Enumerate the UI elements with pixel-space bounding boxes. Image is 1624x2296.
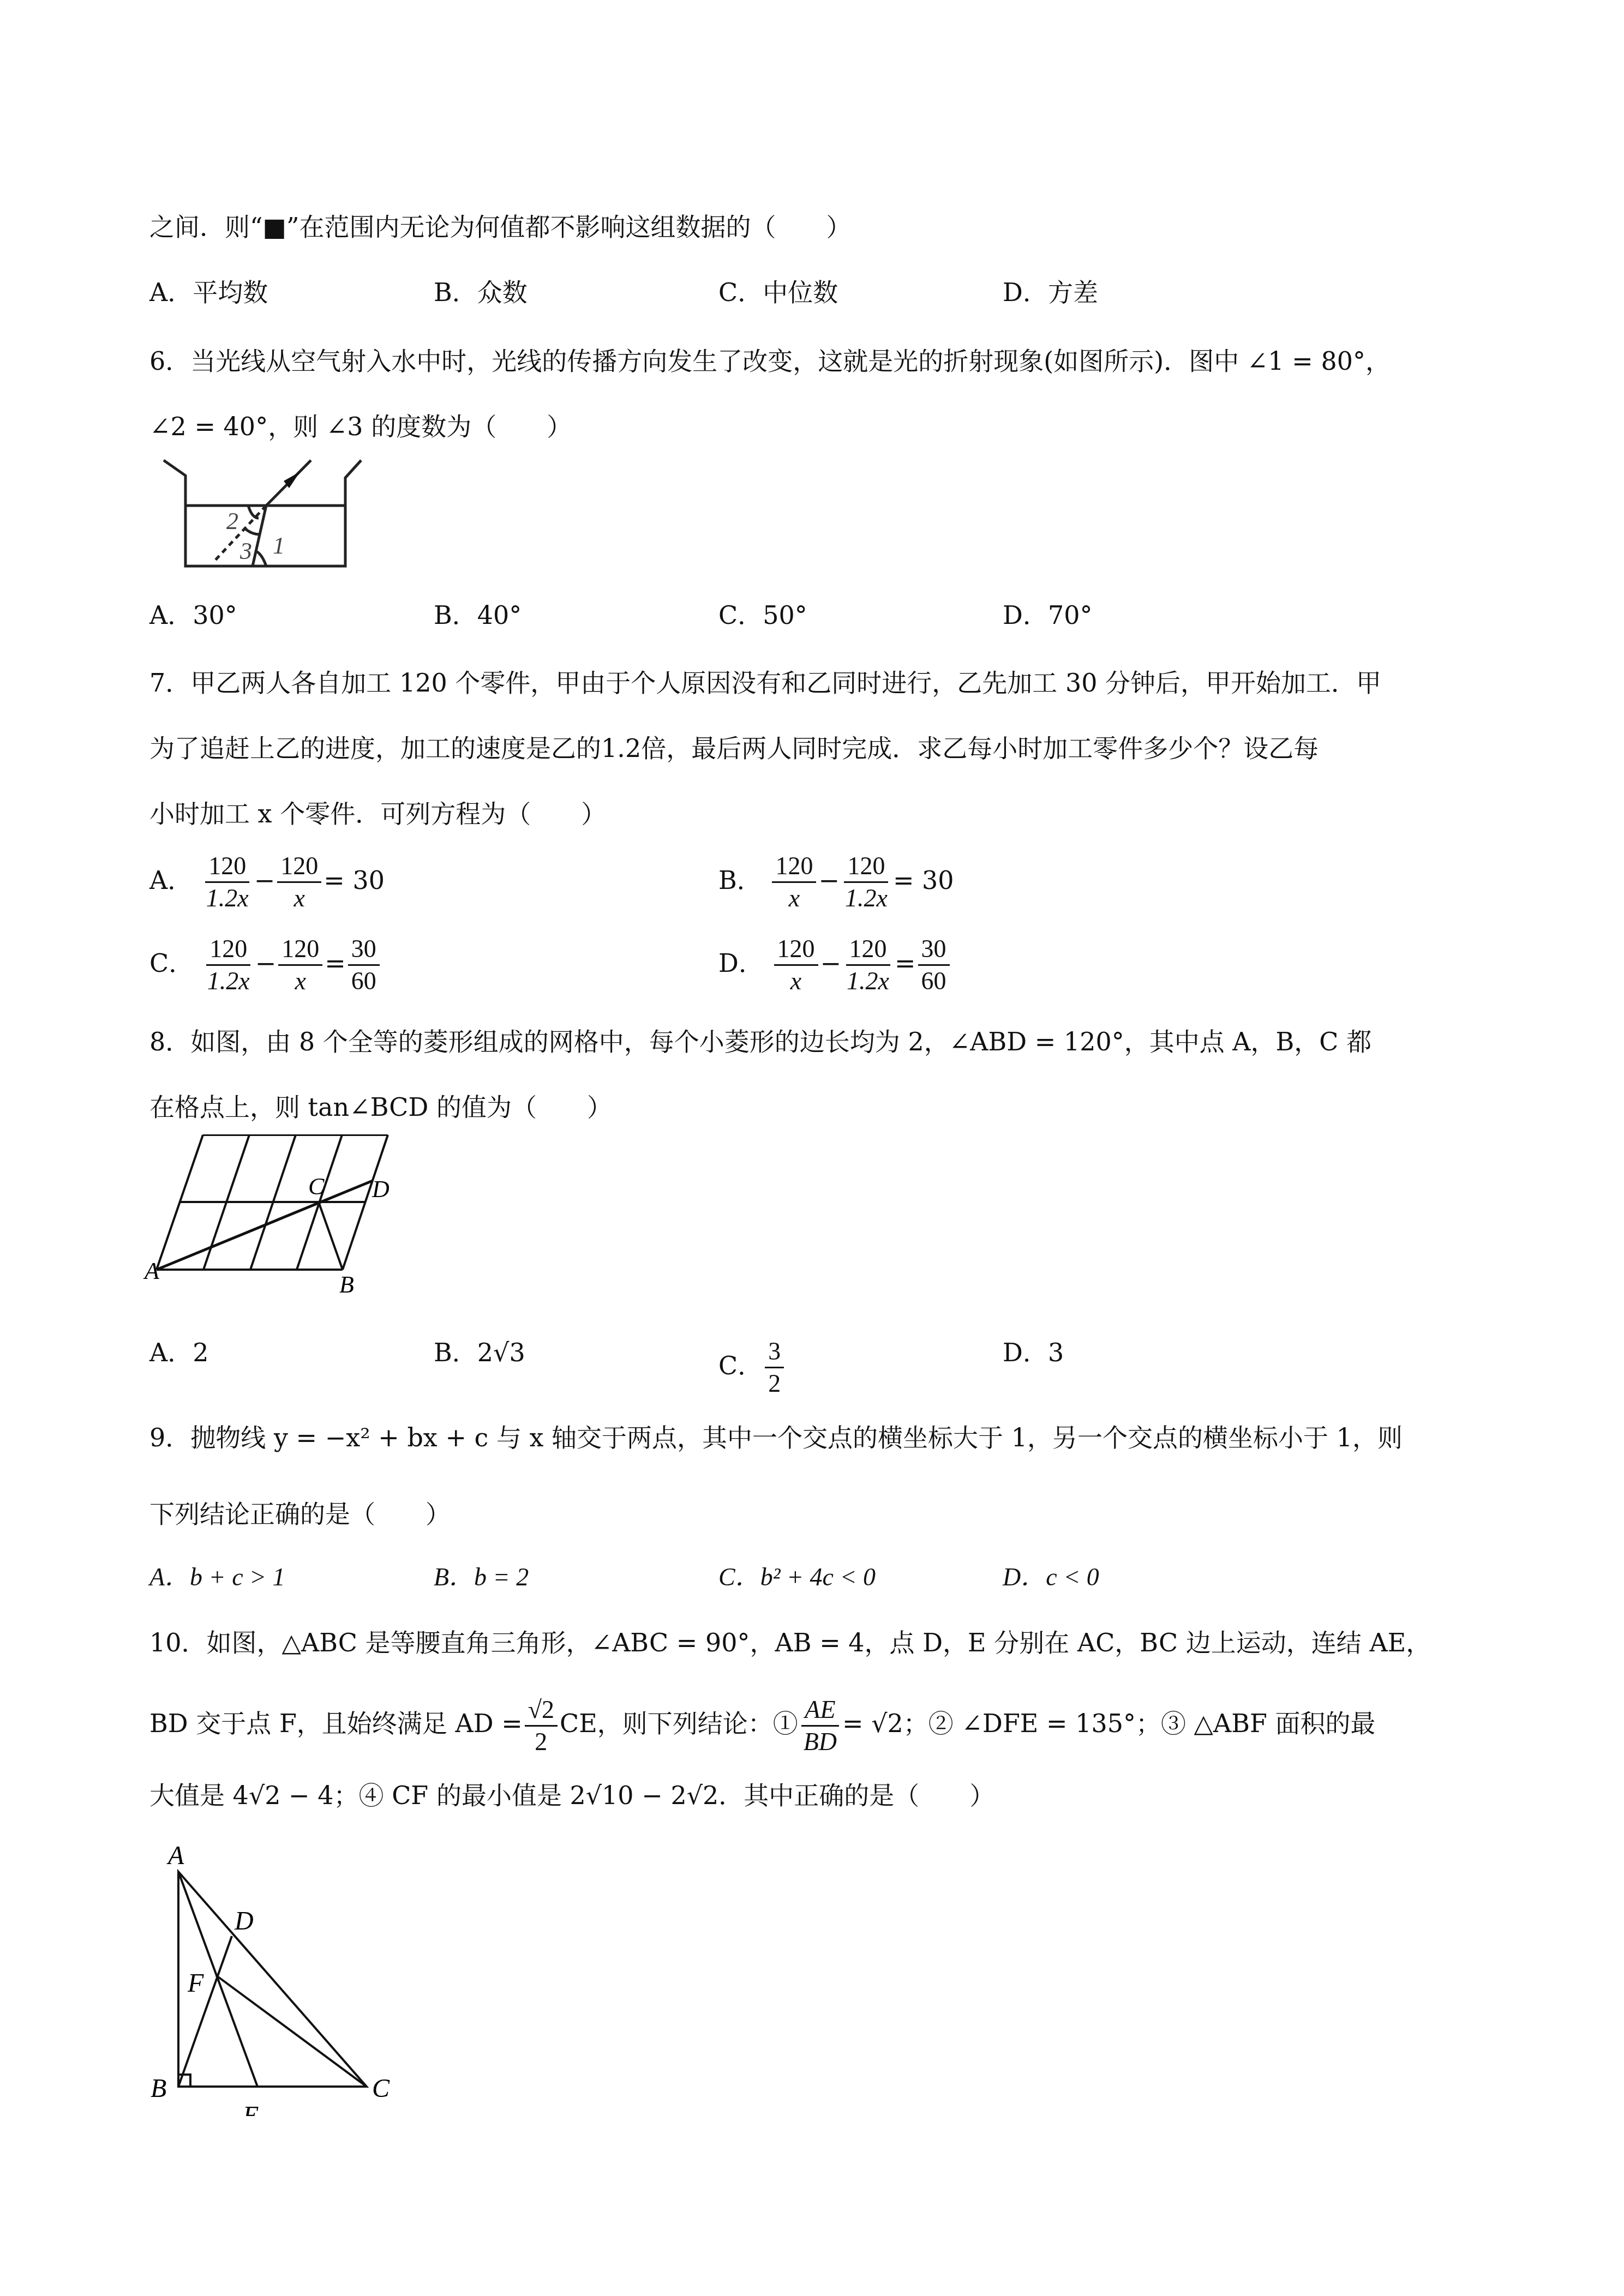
svg-text:B: B <box>339 1271 354 1298</box>
q7-stem-line1: 7．甲乙两人各自加工 120 个零件，甲由于个人原因没有和乙同时进行，乙先加工 … <box>149 666 1381 699</box>
svg-text:D: D <box>234 1907 254 1936</box>
q10-triangle-figure: A D F B C E <box>136 1832 464 2116</box>
q5-stem: 之间．则“■”在范围内无论为何值都不影响这组数据的（ ） <box>149 211 852 243</box>
q6-option-d: D．70° <box>1003 599 1092 632</box>
svg-text:D: D <box>371 1176 389 1203</box>
q6-stem-line1: 6．当光线从空气射入水中时，光线的传播方向发生了改变，这就是光的折射现象(如图所… <box>149 345 1391 377</box>
q8-option-b: B．2√3 <box>434 1336 525 1369</box>
q9-option-d: D．c < 0 <box>1003 1561 1099 1594</box>
q7-option-c: C． 1201.2x−120x=3060 <box>149 934 382 996</box>
q7-option-b: B． 120x−1201.2x= 30 <box>718 851 954 913</box>
q9-stem-line1: 9．抛物线 y = −x² + bx + c 与 x 轴交于两点，其中一个交点的… <box>149 1421 1403 1454</box>
q8-option-a: A．2 <box>149 1336 209 1369</box>
q8-stem-line2: 在格点上，则 tan∠BCD 的值为（ ） <box>149 1091 612 1123</box>
q7-option-a: A． 1201.2x−120x= 30 <box>149 851 385 913</box>
q10-stem-line3: 大值是 4√2 − 4；④ CF 的最小值是 2√10 − 2√2．其中正确的是… <box>149 1779 994 1812</box>
q8-stem-line1: 8．如图，由 8 个全等的菱形组成的网格中，每个小菱形的边长均为 2，∠ABD … <box>149 1025 1371 1058</box>
q7-stem-line2: 为了追赶上乙的进度，加工的速度是乙的1.2倍，最后两人同时完成．求乙每小时加工零… <box>149 732 1319 765</box>
svg-text:2: 2 <box>226 508 238 534</box>
svg-text:1: 1 <box>273 532 285 559</box>
q9-option-b: B．b = 2 <box>434 1561 529 1594</box>
svg-text:C: C <box>308 1173 325 1200</box>
q10-stem-line2: BD 交于点 F，且始终满足 AD =√22CE，则下列结论：①AEBD= √2… <box>149 1691 1376 1757</box>
q5-option-c: C．中位数 <box>718 276 838 309</box>
svg-text:F: F <box>187 1969 204 1998</box>
svg-text:E: E <box>242 2101 259 2116</box>
q9-option-c: C．b² + 4c < 0 <box>718 1561 876 1594</box>
q9-stem-line2: 下列结论正确的是（ ） <box>149 1498 451 1530</box>
q7-stem-line3: 小时加工 x 个零件．可列方程为（ ） <box>149 797 606 830</box>
q10-stem-line1: 10．如图，△ABC 是等腰直角三角形，∠ABC = 90°，AB = 4，点 … <box>149 1626 1431 1659</box>
exam-page: 之间．则“■”在范围内无论为何值都不影响这组数据的（ ） A．平均数 B．众数 … <box>0 0 1624 2296</box>
q6-stem-line2: ∠2 = 40°，则 ∠3 的度数为（ ） <box>149 410 572 443</box>
q5-option-b: B．众数 <box>434 276 528 309</box>
q6-refraction-figure: 2 3 1 <box>136 447 464 589</box>
svg-text:C: C <box>372 2074 390 2103</box>
q8-rhombus-grid-figure: A B C D <box>136 1134 627 1320</box>
q8-option-c: C．32 <box>718 1336 786 1399</box>
svg-text:A: A <box>143 1258 160 1284</box>
q6-option-b: B．40° <box>434 599 522 632</box>
q5-option-a: A．平均数 <box>149 276 268 309</box>
svg-text:A: A <box>166 1841 184 1870</box>
q9-option-a: A．b + c > 1 <box>149 1561 285 1594</box>
q5-option-d: D．方差 <box>1003 276 1098 309</box>
svg-text:B: B <box>151 2074 166 2103</box>
q6-option-c: C．50° <box>718 599 807 632</box>
q7-option-d: D． 120x−1201.2x=3060 <box>718 934 952 996</box>
q6-option-a: A．30° <box>149 599 237 632</box>
q8-option-d: D．3 <box>1003 1336 1064 1369</box>
svg-text:3: 3 <box>239 538 252 564</box>
